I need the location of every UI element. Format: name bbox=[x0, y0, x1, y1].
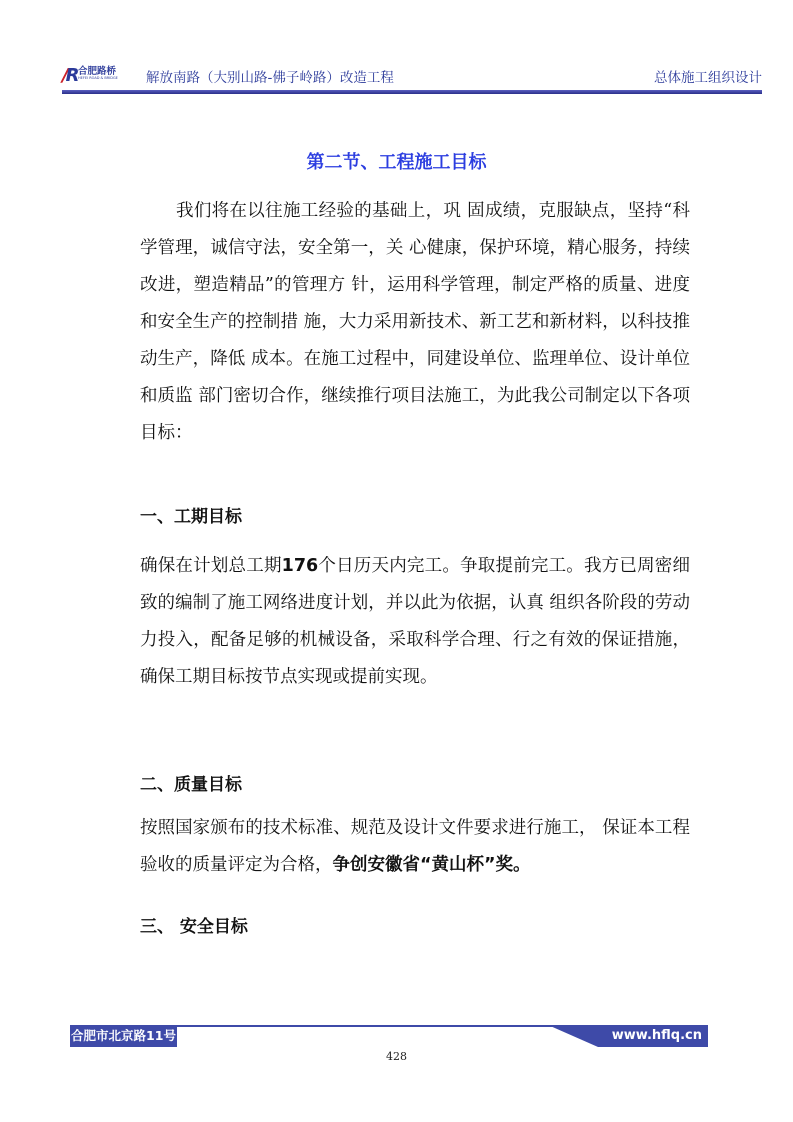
intro-paragraph: 我们将在以往施工经验的基础上，巩 固成绩，克服缺点，坚持“科学管理，诚信守法，安… bbox=[140, 193, 690, 452]
goal-heading-quality: 二、质量目标 bbox=[140, 770, 242, 795]
page-footer: 合肥市北京路11号 www.hflq.cn bbox=[70, 1025, 708, 1047]
quality-award: 争创安徽省“黄山杯”奖。 bbox=[333, 855, 531, 875]
page-number: 428 bbox=[0, 1050, 793, 1063]
logo-mark-icon: /R bbox=[62, 65, 76, 86]
schedule-days: 176 bbox=[282, 556, 319, 576]
footer-website[interactable]: www.hflq.cn bbox=[612, 1025, 702, 1047]
project-title: 解放南路（大别山路-佛子岭路）改造工程 bbox=[146, 66, 394, 86]
section-title: 第二节、工程施工目标 bbox=[0, 148, 793, 174]
schedule-text-before: 确保在计划总工期 bbox=[140, 556, 282, 576]
footer-divider bbox=[177, 1025, 597, 1027]
goal-heading-schedule: 一、工期目标 bbox=[140, 502, 242, 527]
footer-address: 合肥市北京路11号 bbox=[70, 1025, 177, 1047]
page-header: /R 合肥路桥 HEFEI ROAD & BRIDGE 解放南路（大别山路-佛子… bbox=[62, 60, 762, 96]
document-type: 总体施工组织设计 bbox=[654, 66, 762, 86]
header-divider bbox=[62, 90, 762, 94]
goal-heading-safety: 三、 安全目标 bbox=[140, 912, 248, 937]
quality-paragraph: 按照国家颁布的技术标准、规范及设计文件要求进行施工， 保证本工程验收的质量评定为… bbox=[140, 810, 690, 884]
logo-name: 合肥路桥 bbox=[78, 63, 116, 77]
logo-subtitle: HEFEI ROAD & BRIDGE bbox=[78, 76, 118, 80]
schedule-paragraph: 确保在计划总工期176个日历天内完工。争取提前完工。我方已周密细致的编制了施工网… bbox=[140, 548, 690, 696]
company-logo: /R 合肥路桥 HEFEI ROAD & BRIDGE bbox=[62, 62, 122, 88]
footer-website-block: www.hflq.cn bbox=[548, 1025, 708, 1047]
